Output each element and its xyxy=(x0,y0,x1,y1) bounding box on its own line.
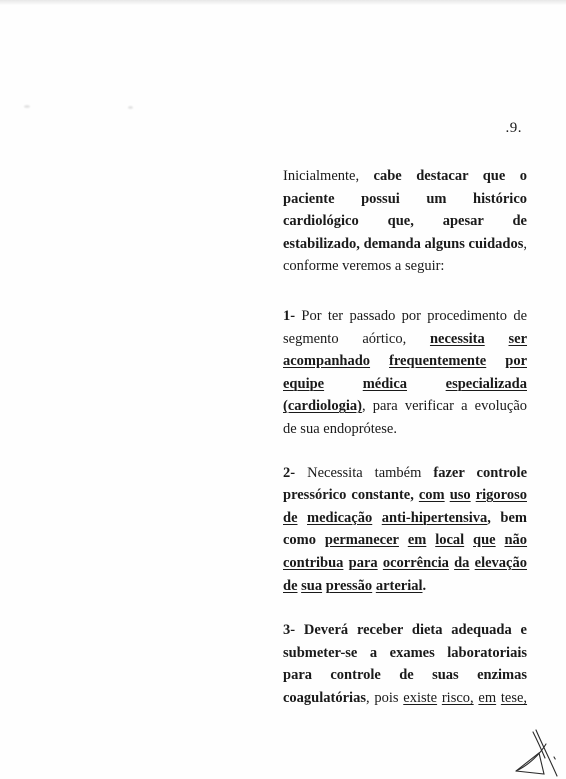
line-content: pressórico constante, com uso rigoroso xyxy=(283,487,527,503)
text-run: segmento aórtico, xyxy=(283,331,430,347)
line-content: estabilizado, demanda alguns cuidados, xyxy=(283,236,527,252)
line-content: como permanecer em local que não xyxy=(283,532,527,548)
text-line: coagulatórias, pois existe risco, em tes… xyxy=(283,687,527,710)
underlined-word: frequentemente xyxy=(389,353,486,369)
line-content: acompanhado frequentemente por xyxy=(283,353,527,369)
underlined-word: medicação xyxy=(307,510,372,526)
signature-paraph-icon xyxy=(511,728,563,778)
underlined-word: contribua xyxy=(283,555,343,571)
underlined-word: uso xyxy=(450,487,471,503)
underlined-word: acompanhado xyxy=(283,353,370,369)
text-line: segmento aórtico, necessita ser xyxy=(283,328,527,351)
text-run: fazer controle xyxy=(433,465,527,481)
paragraph: 3- Deverá receber dieta adequada esubmet… xyxy=(283,619,527,709)
underlined-word: com xyxy=(419,487,445,503)
paragraph: 1- Por ter passado por procedimento dese… xyxy=(283,305,527,441)
underlined-word: que xyxy=(473,532,496,548)
underlined-word: pressão xyxy=(326,578,372,594)
text-line: equipe médica especializada xyxy=(283,373,527,396)
text-line: conforme veremos a seguir: xyxy=(283,255,527,278)
text-run: 3- Deverá receber dieta adequada e xyxy=(283,622,527,638)
underlined-word: de xyxy=(283,578,298,594)
text-run: coagulatórias xyxy=(283,690,366,706)
text-run: , bem xyxy=(487,510,527,526)
line-content: para controle de suas enzimas xyxy=(283,667,527,683)
underlined-word: rigoroso xyxy=(476,487,527,503)
underlined-word: médica xyxy=(363,376,407,392)
text-run: estabilizado, demanda alguns cuidados xyxy=(283,236,523,252)
paragraph: Inicialmente, cabe destacar que opacient… xyxy=(283,165,527,278)
underlined-word: local xyxy=(435,532,464,548)
line-content: (cardiologia), para verificar a evolução xyxy=(283,398,527,414)
text-line: cardiológico que, apesar de xyxy=(283,210,527,233)
line-content: submeter-se a exames laboratoriais xyxy=(283,645,527,661)
text-line: de medicação anti-hipertensiva, bem xyxy=(283,507,527,530)
underlined-word: equipe xyxy=(283,376,324,392)
underlined-word: não xyxy=(504,532,527,548)
line-content: de sua endoprótese. xyxy=(283,421,397,437)
underlined-word: ocorrência xyxy=(383,555,449,571)
text-run: submeter-se a exames laboratoriais xyxy=(283,645,527,661)
text-run: , para verificar a evolução xyxy=(362,398,527,414)
text-line: pressórico constante, com uso rigoroso xyxy=(283,484,527,507)
scan-speck xyxy=(128,106,133,109)
line-content: cardiológico que, apesar de xyxy=(283,213,527,229)
underlined-word: risco, xyxy=(442,690,474,706)
line-content: 3- Deverá receber dieta adequada e xyxy=(283,622,527,638)
text-line: de sua endoprótese. xyxy=(283,418,527,441)
text-run: cabe destacar que o xyxy=(374,168,527,184)
underlined-word: sua xyxy=(301,578,322,594)
text-run: , pois xyxy=(366,690,403,706)
text-run: para controle de suas enzimas xyxy=(283,667,527,683)
line-content: Inicialmente, cabe destacar que o xyxy=(283,168,527,184)
text-run: como xyxy=(283,532,325,548)
text-run: . xyxy=(423,578,427,594)
underlined-word: necessita xyxy=(430,331,485,347)
text-run: , xyxy=(523,236,527,252)
underlined-word: por xyxy=(505,353,527,369)
underlined-word: elevação xyxy=(475,555,527,571)
text-line: submeter-se a exames laboratoriais xyxy=(283,642,527,665)
text-line: 1- Por ter passado por procedimento de xyxy=(283,305,527,328)
text-run: cardiológico que, apesar de xyxy=(283,213,527,229)
line-content: de medicação anti-hipertensiva, bem xyxy=(283,510,527,526)
text-run: Inicialmente, xyxy=(283,168,374,184)
line-content: coagulatórias, pois existe risco, em tes… xyxy=(283,690,527,706)
scan-edge-shadow xyxy=(0,0,566,5)
underlined-word: da xyxy=(454,555,469,571)
underlined-word: em xyxy=(478,690,496,706)
text-run: conforme veremos a seguir: xyxy=(283,258,444,274)
text-line: de sua pressão arterial. xyxy=(283,575,527,598)
underlined-word: permanecer xyxy=(325,532,399,548)
text-line: Inicialmente, cabe destacar que o xyxy=(283,165,527,188)
page-number: .9. xyxy=(506,121,523,136)
underlined-word: existe xyxy=(403,690,437,706)
text-run: 2- xyxy=(283,465,295,481)
text-run: Necessita também xyxy=(295,465,433,481)
line-content: 1- Por ter passado por procedimento de xyxy=(283,308,527,324)
document-body: Inicialmente, cabe destacar que opacient… xyxy=(283,165,527,709)
text-line: 3- Deverá receber dieta adequada e xyxy=(283,619,527,642)
underlined-word: de xyxy=(283,510,298,526)
text-run: paciente possui um histórico xyxy=(283,191,527,207)
line-content: conforme veremos a seguir: xyxy=(283,258,444,274)
line-content: contribua para ocorrência da elevação xyxy=(283,555,527,571)
text-run: Por ter passado por procedimento de xyxy=(295,308,527,324)
text-line: para controle de suas enzimas xyxy=(283,664,527,687)
text-line: (cardiologia), para verificar a evolução xyxy=(283,395,527,418)
underlined-word: para xyxy=(349,555,378,571)
line-content: equipe médica especializada xyxy=(283,376,527,392)
line-content: segmento aórtico, necessita ser xyxy=(283,331,527,347)
underlined-word: (cardiologia) xyxy=(283,398,362,414)
line-content: 2- Necessita também fazer controle xyxy=(283,465,527,481)
document-page: .9. Inicialmente, cabe destacar que opac… xyxy=(0,0,566,779)
line-content: paciente possui um histórico xyxy=(283,191,527,207)
text-run: de sua endoprótese. xyxy=(283,421,397,437)
underlined-word: especializada xyxy=(446,376,527,392)
text-line: como permanecer em local que não xyxy=(283,529,527,552)
text-run: pressórico constante, xyxy=(283,487,419,503)
line-content: de sua pressão arterial. xyxy=(283,578,426,594)
underlined-word: tese, xyxy=(501,690,527,706)
text-line: estabilizado, demanda alguns cuidados, xyxy=(283,233,527,256)
underlined-word: ser xyxy=(509,331,528,347)
text-line: 2- Necessita também fazer controle xyxy=(283,462,527,485)
text-run: 1- xyxy=(283,308,295,324)
text-line: acompanhado frequentemente por xyxy=(283,350,527,373)
paragraph: 2- Necessita também fazer controlepressó… xyxy=(283,462,527,598)
underlined-word: anti-hipertensiva xyxy=(382,510,488,526)
underlined-word: arterial xyxy=(376,578,423,594)
text-line: paciente possui um histórico xyxy=(283,188,527,211)
underlined-word: em xyxy=(408,532,427,548)
text-line: contribua para ocorrência da elevação xyxy=(283,552,527,575)
scan-speck xyxy=(24,105,30,108)
